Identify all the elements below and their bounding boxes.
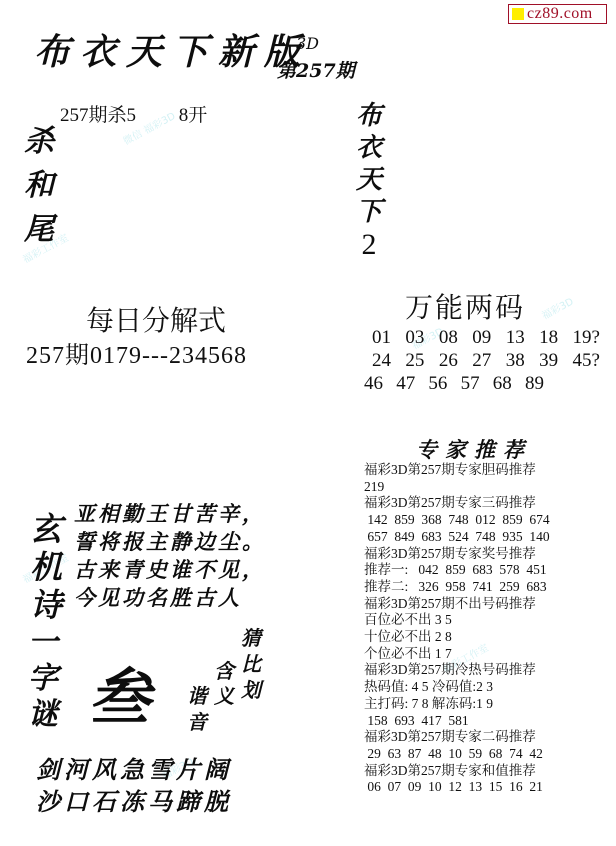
expert-line: 个位必不出 1 7 bbox=[364, 646, 550, 663]
expert-line: 主打码: 7 8 解冻码:1 9 bbox=[364, 696, 550, 713]
riddle-hint-xie: 谐 bbox=[187, 680, 207, 709]
expert-line: 219 bbox=[364, 479, 550, 496]
riddle-hint-hua: 划 bbox=[241, 674, 261, 703]
expert-line: 福彩3D第257期冷热号码推荐 bbox=[364, 662, 550, 679]
expert-line: 十位必不出 2 8 bbox=[364, 629, 550, 646]
expert-line: 推荐一: 042 859 683 578 451 bbox=[364, 562, 550, 579]
expert-line: 福彩3D第257期专家和值推荐 bbox=[364, 763, 550, 780]
mystic-poem-vertical-label: 玄 机 诗 bbox=[30, 510, 62, 624]
expert-line: 福彩3D第257期专家奖号推荐 bbox=[364, 546, 550, 563]
expert-line: 推荐二: 326 958 741 259 683 bbox=[364, 579, 550, 596]
expert-line: 29 63 87 48 10 59 68 74 42 bbox=[364, 746, 550, 763]
expert-line: 福彩3D第257期不出号码推荐 bbox=[364, 596, 550, 613]
expert-line: 142 859 368 748 012 859 674 bbox=[364, 512, 550, 529]
kill-tail-line: 257期杀5 8开 bbox=[60, 100, 207, 127]
expert-line: 06 07 09 10 12 13 15 16 21 bbox=[364, 779, 550, 796]
page-title: 布衣天下新版 bbox=[34, 24, 310, 75]
expert-line: 热码值: 4 5 冷码值:2 3 bbox=[364, 679, 550, 696]
riddle-hint-bi: 比 bbox=[241, 648, 261, 677]
right-vertical-title: 布 衣 天 下 2 bbox=[356, 100, 382, 262]
expert-title: 专家推荐 bbox=[416, 434, 532, 464]
badge-issue: 第257期 bbox=[277, 56, 355, 83]
riddle-hint-yi: 义 bbox=[214, 680, 234, 709]
two-codes-row: 01 03 08 09 13 18 19? bbox=[364, 326, 600, 349]
right-vertical-number: 2 bbox=[362, 228, 377, 262]
expert-line: 百位必不出 3 5 bbox=[364, 612, 550, 629]
expert-line: 福彩3D第257期专家三码推荐 bbox=[364, 495, 550, 512]
expert-line: 福彩3D第257期专家二码推荐 bbox=[364, 729, 550, 746]
logo-text: cz89.com bbox=[527, 5, 593, 23]
riddle-big-char: 叁 bbox=[88, 648, 150, 737]
expert-line: 福彩3D第257期专家胆码推荐 bbox=[364, 462, 550, 479]
daily-decomposition-title: 每日分解式 bbox=[86, 299, 226, 339]
two-codes-row: 24 25 26 27 38 39 45? bbox=[364, 349, 600, 372]
bottom-poem: 剑河风急雪片阔 沙口石冻马蹄脱 bbox=[36, 754, 232, 818]
expert-list: 福彩3D第257期专家胆码推荐 219 福彩3D第257期专家三码推荐 142 … bbox=[364, 462, 550, 796]
watermark: 福彩3D bbox=[538, 293, 575, 322]
two-codes-title: 万能两码 bbox=[405, 286, 525, 326]
kill-tail-open: 8开 bbox=[179, 105, 208, 126]
site-logo[interactable]: cz89.com bbox=[508, 4, 607, 24]
kill-tail-text: 257期杀5 bbox=[60, 105, 136, 126]
logo-square-icon bbox=[512, 8, 524, 20]
riddle-vertical-label: 一 字 谜 bbox=[28, 625, 58, 733]
badge-3d: 3D bbox=[296, 34, 319, 53]
riddle-hint-yin: 音 bbox=[187, 706, 207, 735]
expert-line: 657 849 683 524 748 935 140 bbox=[364, 529, 550, 546]
mystic-poem-lines: 亚相勤王甘苦辛， 誓将报主静边尘。 古来青史谁不见， 今见功名胜古人 bbox=[74, 500, 266, 612]
two-codes-grid: 01 03 08 09 13 18 19? 24 25 26 27 38 39 … bbox=[364, 326, 600, 395]
expert-line: 158 693 417 581 bbox=[364, 713, 550, 730]
riddle-hint-guess: 猜 bbox=[241, 622, 261, 651]
two-codes-row: 46 47 56 57 68 89 bbox=[364, 372, 544, 395]
daily-decomposition-line: 257期0179---234568 bbox=[26, 335, 247, 370]
kill-tail-vertical-label: 杀 和 尾 bbox=[24, 120, 54, 252]
